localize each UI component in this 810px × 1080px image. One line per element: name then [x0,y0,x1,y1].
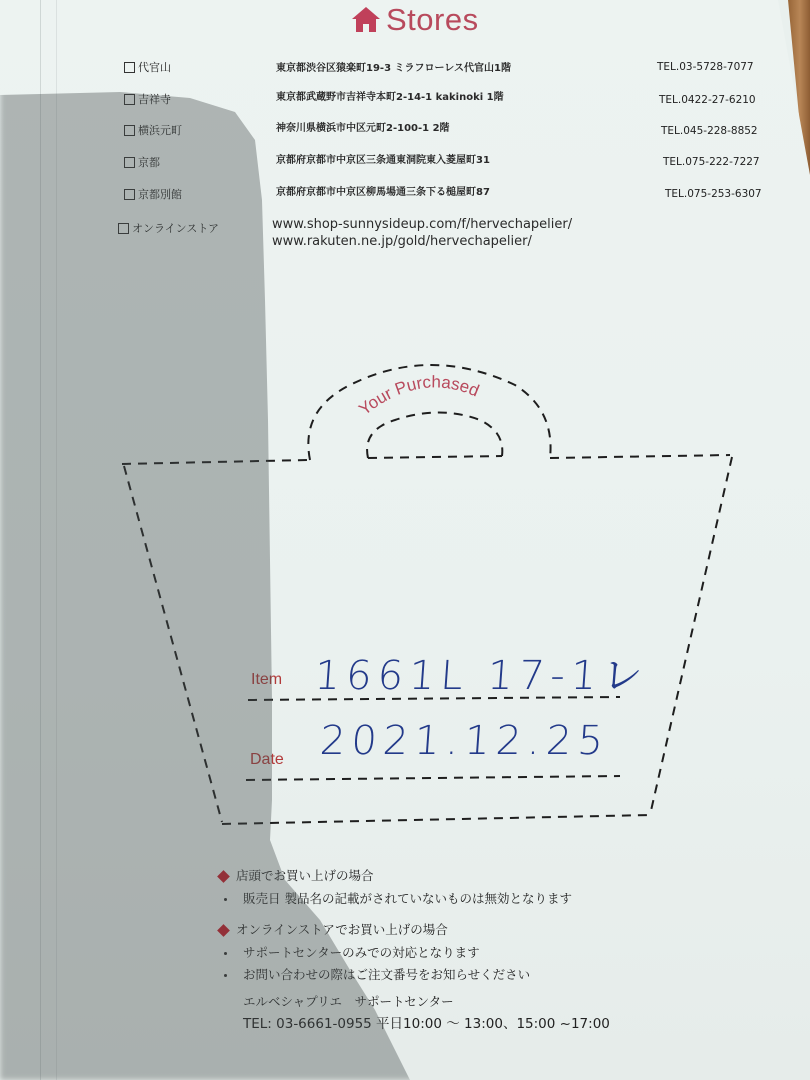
item-handwritten-value[interactable]: 1661L 17-1レ [313,644,651,701]
your-purchased-arc-text: Your Purchased [355,372,482,419]
date-handwritten-value[interactable]: 2021.12.25 [318,718,610,764]
